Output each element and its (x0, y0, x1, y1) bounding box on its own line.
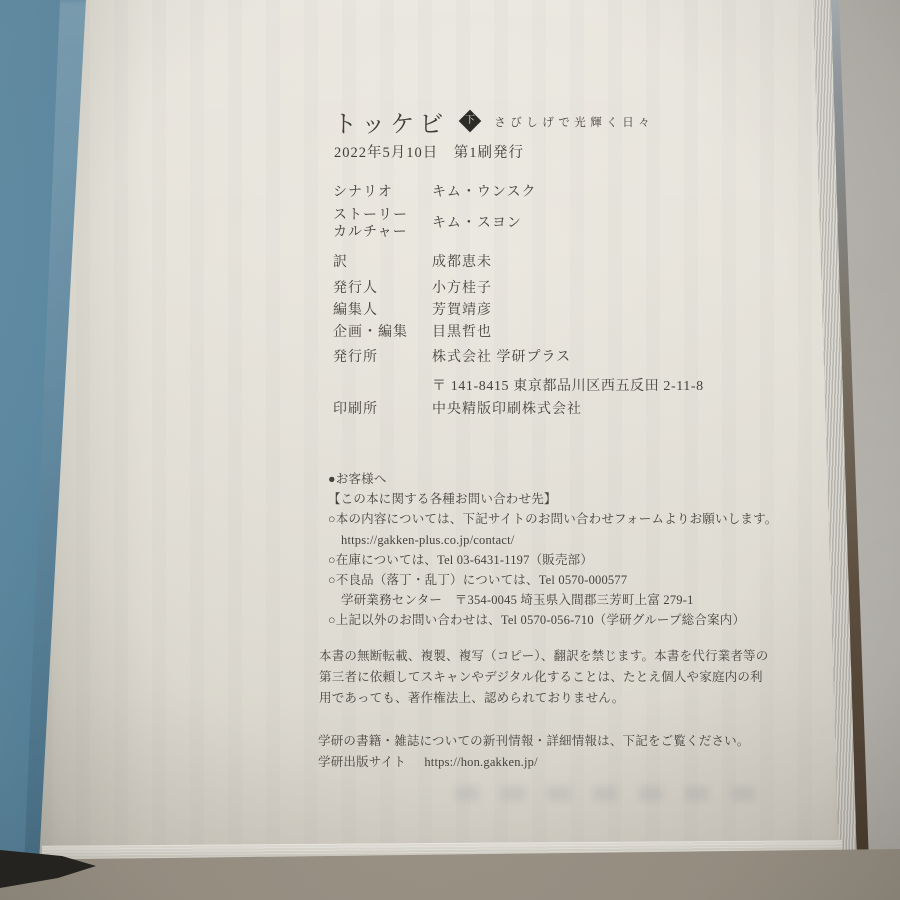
credit-row-planning-editing: 企画・編集 目黒哲也 (333, 325, 492, 342)
publisher-info-line: 学研の書籍・雑誌についての新刊情報・詳細情報は、下記をご覧ください。 (318, 731, 778, 752)
credit-label: シナリオ (333, 185, 432, 202)
credit-value: キム・スヨン (432, 216, 522, 233)
book-subtitle: さびしげで光輝く日々 (494, 114, 654, 130)
credit-value: 芳賀靖彦 (432, 303, 492, 320)
credit-value: 株式会社 学研プラス (432, 350, 571, 367)
printed-content: トッケビ 下 さびしげで光輝く日々 2022年5月10日 第1刷発行 シナリオ … (0, 0, 900, 900)
credit-row-printer: 印刷所 中央精版印刷株式会社 (333, 402, 582, 419)
contact-line-defects: ○不良品（落丁・乱丁）については、Tel 0570-000577 (328, 570, 768, 590)
credit-label: 企画・編集 (333, 325, 432, 342)
credit-label: 編集人 (333, 303, 432, 320)
edition-line: 2022年5月10日 第1刷発行 (334, 141, 524, 162)
contact-subheading: 【この本に関する各種お問い合わせ先】 (328, 489, 768, 509)
copyright-notice: 本書の無断転載、複製、複写（コピー）、翻訳を禁じます。本書を代行業者等の 第三者… (319, 646, 789, 709)
credit-row-publishing-company: 発行所 株式会社 学研プラス (333, 350, 571, 367)
publisher-site-label: 学研出版サイト (318, 755, 406, 769)
credit-label: 印刷所 (333, 402, 432, 419)
credit-value: キム・ウンスク (432, 185, 536, 202)
publisher-site-line: 学研出版サイト https://hon.gakken.jp/ (318, 752, 778, 773)
contact-line-stock: ○在庫については、Tel 03-6431-1197（販売部） (328, 550, 768, 570)
book-title: トッケビ (333, 104, 448, 139)
contact-url: https://gakken-plus.co.jp/contact/ (328, 530, 768, 550)
book-colophon-photo: トッケビ 下 さびしげで光輝く日々 2022年5月10日 第1刷発行 シナリオ … (0, 0, 900, 900)
contact-heading: ●お客様へ (328, 469, 768, 489)
contact-line-other: ○上記以外のお問い合わせは、Tel 0570-056-710（学研グループ総合案… (328, 610, 768, 630)
credit-value: 小方桂子 (432, 281, 492, 298)
contact-line-service-center: 学研業務センター 〒354-0045 埼玉県入間郡三芳町上富 279-1 (328, 590, 768, 610)
credit-row-editor-person: 編集人 芳賀靖彦 (333, 303, 492, 320)
volume-diamond-mark: 下 (459, 110, 482, 133)
credit-label: ストーリー カルチャー (333, 208, 432, 241)
publisher-info-block: 学研の書籍・雑誌についての新刊情報・詳細情報は、下記をご覧ください。 学研出版サ… (318, 731, 778, 773)
credit-value: 目黒哲也 (432, 325, 492, 342)
credit-row-story-culture: ストーリー カルチャー キム・スヨン (333, 208, 522, 241)
publisher-site-url: https://hon.gakken.jp/ (424, 755, 537, 769)
credit-label: 発行人 (333, 281, 432, 298)
customer-contact-block: ●お客様へ 【この本に関する各種お問い合わせ先】 ○本の内容については、下記サイ… (328, 469, 768, 631)
contact-line-content: ○本の内容については、下記サイトのお問い合わせフォームよりお願いします。 (328, 509, 768, 529)
credit-label: 訳 (333, 255, 432, 272)
credit-row-scenario: シナリオ キム・ウンスク (333, 185, 536, 202)
credit-label: 発行所 (333, 350, 432, 367)
credit-value: 中央精版印刷株式会社 (432, 402, 582, 419)
title-line: トッケビ 下 さびしげで光輝く日々 (333, 103, 654, 139)
credit-row-translator: 訳 成都恵未 (333, 255, 492, 272)
publisher-address: 〒 141-8415 東京都品川区西五反田 2-11-8 (432, 375, 704, 395)
credit-row-publisher-person: 発行人 小方桂子 (333, 281, 492, 298)
volume-mark-label: 下 (465, 116, 475, 126)
credit-value: 成都恵未 (432, 255, 492, 272)
